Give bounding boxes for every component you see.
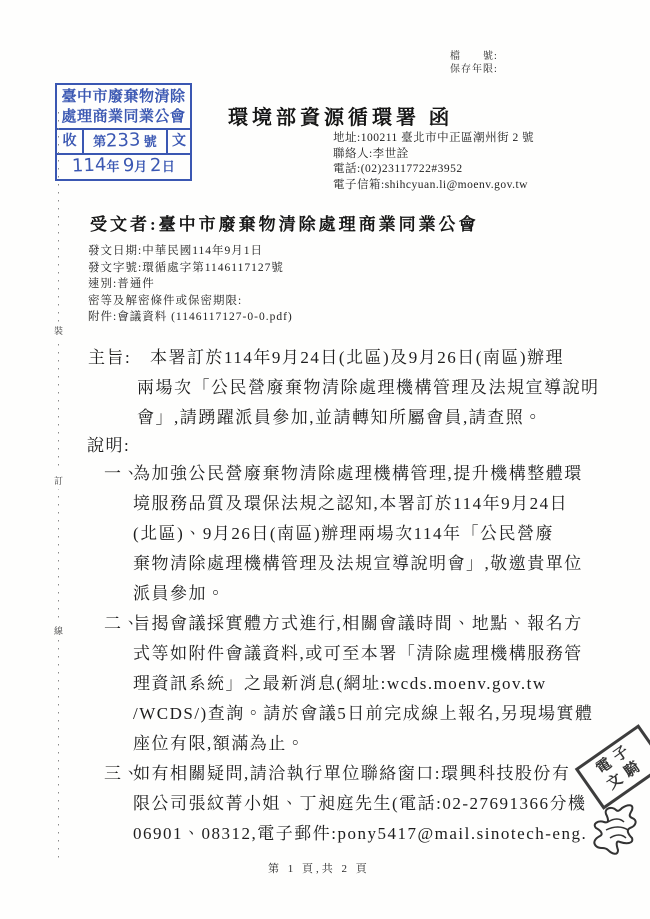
- scanned-official-letter-page: 檔 號: 保存年限: 臺中市廢棄物清除 處理商業同業公會 收 第233 號 文 …: [0, 0, 650, 919]
- item-line: 境服務品質及環保法規之認知,本署訂於114年9月24日: [133, 489, 568, 514]
- item-line: 棄物清除處理機構管理及法規宣導說明會」,敬邀貴單位: [133, 549, 583, 574]
- sender-contact: 聯絡人:李世詮: [333, 147, 534, 163]
- sender-address: 地址:100211 臺北市中正區潮州街 2 號: [333, 131, 534, 147]
- meta-attachment: 附件:會議資料 (1146117127-0-0.pdf): [88, 309, 293, 326]
- item-line: 派員參加。: [133, 579, 226, 604]
- explanation-label: 說明:: [87, 431, 130, 456]
- item-line: 理資訊系統」之最新消息(網址:wcds.moenv.gov.tw: [133, 669, 547, 694]
- stamp-year-value: 114: [72, 156, 107, 175]
- item-line: 式等如附件會議資料,或可至本署「清除處理機構服務管: [133, 639, 583, 664]
- stamp-no-value-handwritten: 233: [106, 131, 141, 150]
- item-line: 限公司張紋菁小姐、丁昶庭先生(電話:02-27691366分機: [133, 789, 587, 814]
- stamp-day-label: 日: [162, 159, 175, 174]
- archive-block: 檔 號: 保存年限:: [450, 51, 498, 76]
- meta-doc-number: 發文字號:環循處字第1146117127號: [88, 260, 293, 277]
- archive-file-label: 檔 號:: [450, 51, 498, 64]
- item-line: 為加強公民營廢棄物清除處理機構管理,提升機構整體環: [133, 459, 583, 484]
- stamp-no-suffix: 號: [144, 134, 157, 149]
- stamp-blob-mark: [588, 800, 644, 866]
- item-line: 06901、08312,電子郵件:pony5417@mail.sinotech-…: [133, 819, 587, 844]
- binding-mark-xian: 線: [53, 622, 64, 639]
- stamp-org-name: 臺中市廢棄物清除 處理商業同業公會: [57, 85, 190, 128]
- item-line: 旨揭會議採實體方式進行,相關會議時間、地點、報名方: [133, 609, 583, 634]
- sender-email: 電子信箱:shihcyuan.li@moenv.gov.tw: [333, 178, 534, 194]
- meta-issue-date: 發文日期:中華民國114年9月1日: [88, 243, 293, 260]
- item-line: /WCDS/)查詢。請於會議5日前完成線上報名,另現場實體: [133, 699, 593, 724]
- meta-security: 密等及解密條件或保密期限:: [88, 293, 293, 310]
- page-footer: 第 1 頁,共 2 頁: [268, 860, 370, 876]
- binding-mark-zhuang: 裝: [53, 322, 64, 339]
- stamp-receive-cell: 收: [57, 130, 84, 153]
- subject-line: 本署訂於114年9月24日(北區)及9月26日(南區)辦理: [150, 343, 564, 368]
- receipt-date-stamp: 臺中市廢棄物清除 處理商業同業公會 收 第233 號 文 114年 9月 2日: [55, 83, 192, 181]
- stamp-year-label: 年: [106, 159, 119, 174]
- stamp-month-value: 9: [122, 157, 134, 175]
- item-line: 如有相關疑問,請洽執行單位聯絡窗口:環興科技股份有: [133, 759, 570, 784]
- stamp-doc-cell: 文: [166, 130, 190, 153]
- sender-phone: 電話:(02)23117722#3952: [333, 162, 534, 178]
- stamp-day-value: 2: [150, 157, 162, 175]
- letter-meta-block: 發文日期:中華民國114年9月1日 發文字號:環循處字第1146117127號 …: [88, 243, 293, 326]
- binding-mark-ding: 訂: [53, 472, 64, 489]
- stamp-org-line2: 處理商業同業公會: [60, 107, 187, 127]
- stamp-number-row: 收 第233 號 文: [57, 128, 190, 155]
- stamp-no-prefix: 第: [93, 134, 106, 149]
- subject-line: 兩場次「公民營廢棄物清除處理機構管理及法規宣導說明: [137, 373, 600, 398]
- recipient-line: 受文者:臺中市廢棄物清除處理商業同業公會: [90, 210, 479, 235]
- stamp-number-cell: 第233 號: [84, 130, 166, 153]
- stamp-date-row: 114年 9月 2日: [57, 155, 190, 179]
- meta-speed: 速別:普通件: [88, 276, 293, 293]
- document-title: 環境部資源循環署 函: [228, 101, 453, 130]
- stamp-org-line1: 臺中市廢棄物清除: [60, 87, 187, 107]
- sender-info-block: 地址:100211 臺北市中正區潮州街 2 號 聯絡人:李世詮 電話:(02)2…: [333, 131, 534, 194]
- stamp-month-label: 月: [134, 159, 147, 174]
- item-line: 座位有限,額滿為止。: [133, 729, 305, 754]
- subject-label: 主旨:: [88, 343, 131, 368]
- item-line: (北區)、9月26日(南區)辦理兩場次114年「公民營廢: [133, 519, 554, 544]
- archive-retention-label: 保存年限:: [450, 64, 498, 77]
- subject-line: 會」,請踴躍派員參加,並請轉知所屬會員,請查照。: [137, 403, 543, 428]
